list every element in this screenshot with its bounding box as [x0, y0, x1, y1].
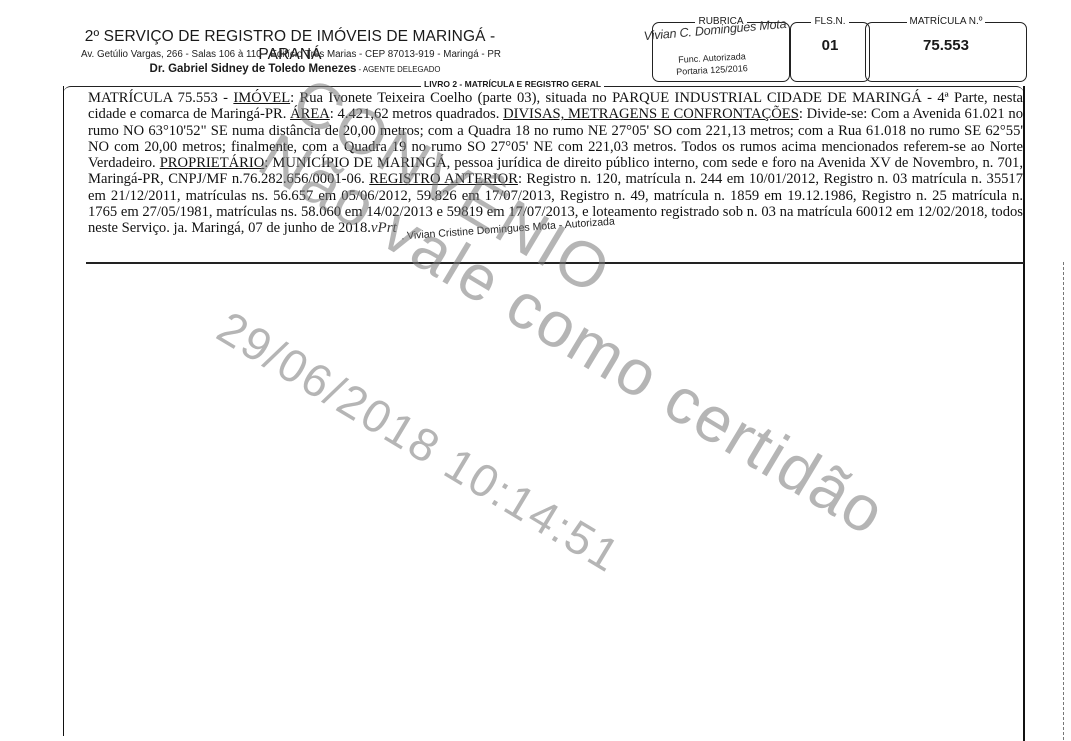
matricula-label: MATRÍCULA N.º [907, 16, 986, 27]
registry-agent: Dr. Gabriel Sidney de Toledo Menezes - A… [80, 63, 510, 75]
fls-value: 01 [791, 37, 869, 54]
fls-label: FLS.N. [811, 16, 848, 27]
divisas-label: DIVISAS, METRAGENS E CONFRONTAÇÕES [503, 106, 799, 122]
page-edge-line [1063, 262, 1064, 740]
frame-right-border [1023, 86, 1025, 741]
agent-name: Dr. Gabriel Sidney de Toledo Menezes [150, 63, 357, 75]
imovel-label: IMÓVEL [233, 90, 290, 106]
registro-anterior-label: REGISTRO ANTERIOR [369, 171, 518, 187]
matricula-value: 75.553 [866, 37, 1026, 54]
agent-role: - AGENTE DELEGADO [356, 65, 440, 74]
frame-left-border [63, 86, 64, 736]
registry-entry-text: MATRÍCULA 75.553 - IMÓVEL: Rua Ivonete T… [88, 90, 1023, 238]
proprietario-label: PROPRIETÁRIO [160, 155, 265, 171]
fls-box: FLS.N. 01 [790, 22, 870, 82]
registry-address: Av. Getúlio Vargas, 266 - Salas 106 à 11… [66, 49, 516, 60]
book-label: LIVRO 2 - MATRÍCULA E REGISTRO GERAL [421, 79, 604, 89]
initials-signature: vPrt [371, 220, 397, 236]
matricula-box: MATRÍCULA N.º 75.553 [865, 22, 1027, 82]
entry-separator [86, 262, 1024, 264]
watermark-timestamp: 29/06/2018 10:14:51 [208, 300, 630, 583]
area-label: ÁREA [290, 106, 330, 122]
